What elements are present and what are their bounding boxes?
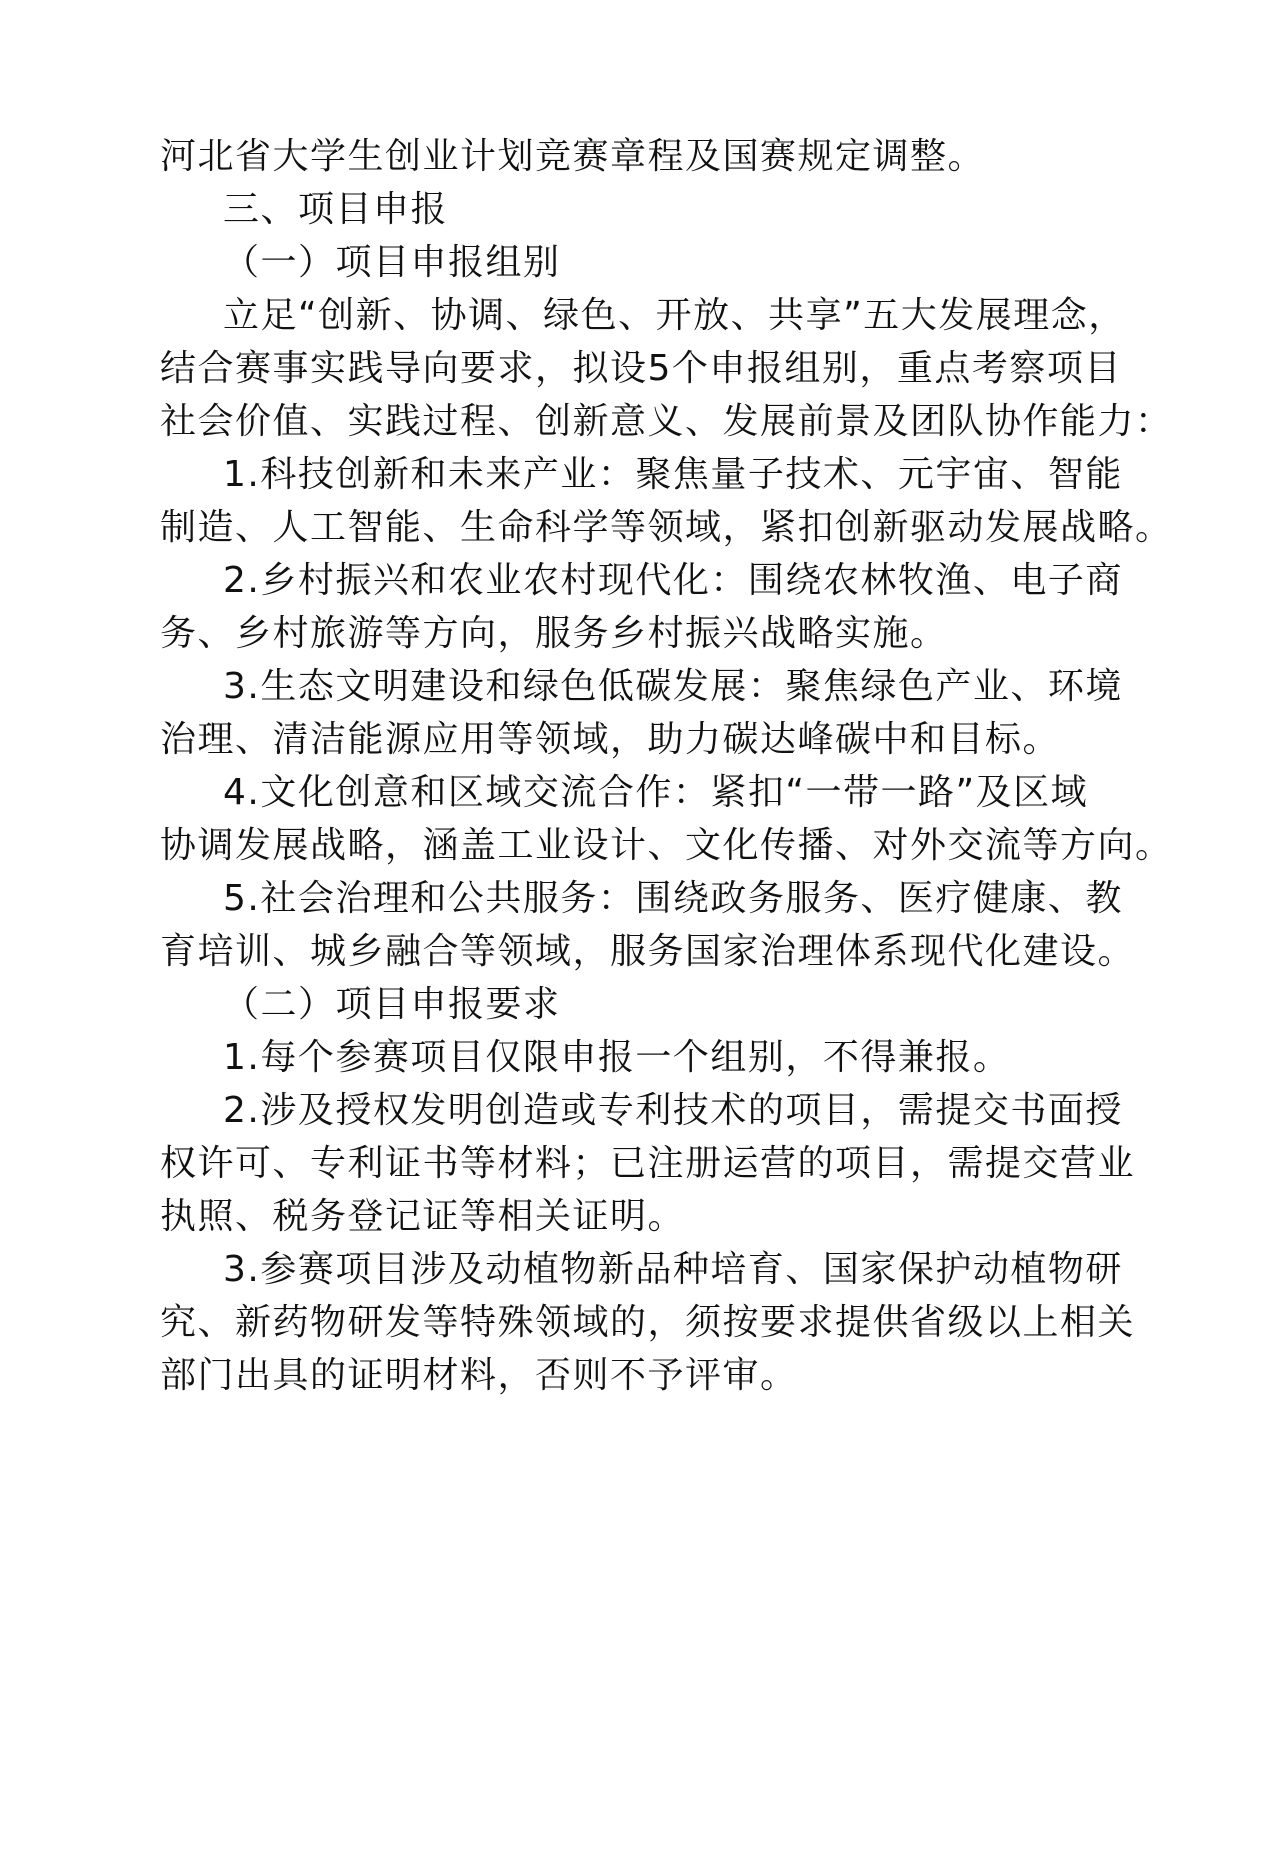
paragraph-line: 育培训、城乡融合等领域，服务国家治理体系现代化建设。 (160, 923, 1135, 981)
paragraph-line: 河北省大学生创业计划竞赛章程及国赛规定调整。 (160, 128, 985, 186)
paragraph-line: 务、乡村旅游等方向，服务乡村振兴战略实施。 (160, 605, 948, 663)
paragraph-line: 社会价值、实践过程、创新意义、发展前景及团队协作能力： (160, 393, 1173, 451)
paragraph-line: 治理、清洁能源应用等领域，助力碳达峰碳中和目标。 (160, 711, 1060, 769)
subsection-heading: （二）项目申报要求 (223, 976, 561, 1034)
list-item: 2.乡村振兴和农业农村现代化：围绕农林牧渔、电子商 (223, 552, 1123, 610)
paragraph-line: 部门出具的证明材料，否则不予评审。 (160, 1347, 798, 1405)
paragraph-line: 立足“创新、协调、绿色、开放、共享”五大发展理念， (223, 287, 1126, 345)
paragraph-line: 究、新药物研发等特殊领域的，须按要求提供省级以上相关 (160, 1294, 1135, 1352)
paragraph-line: 制造、人工智能、生命科学等领域，紧扣创新驱动发展战略。 (160, 499, 1173, 557)
list-item: 1.科技创新和未来产业：聚焦量子技术、元宇宙、智能 (223, 446, 1123, 504)
list-item: 5.社会治理和公共服务：围绕政务服务、医疗健康、教 (223, 870, 1123, 928)
list-item: 1.每个参赛项目仅限申报一个组别，不得兼报。 (223, 1029, 1010, 1087)
paragraph-line: 协调发展战略，涵盖工业设计、文化传播、对外交流等方向。 (160, 817, 1173, 875)
list-item: 2.涉及授权发明创造或专利技术的项目，需提交书面授 (223, 1082, 1123, 1140)
section-heading: 三、项目申报 (223, 181, 448, 239)
list-item: 3.参赛项目涉及动植物新品种培育、国家保护动植物研 (223, 1241, 1123, 1299)
paragraph-line: 执照、税务登记证等相关证明。 (160, 1188, 685, 1246)
list-item: 3.生态文明建设和绿色低碳发展：聚焦绿色产业、环境 (223, 658, 1123, 716)
paragraph-line: 结合赛事实践导向要求，拟设5个申报组别，重点考察项目 (160, 340, 1122, 398)
list-item: 4.文化创意和区域交流合作：紧扣“一带一路”及区域 (223, 764, 1088, 822)
subsection-heading: （一）项目申报组别 (223, 234, 561, 292)
paragraph-line: 权许可、专利证书等材料；已注册运营的项目，需提交营业 (160, 1135, 1135, 1193)
